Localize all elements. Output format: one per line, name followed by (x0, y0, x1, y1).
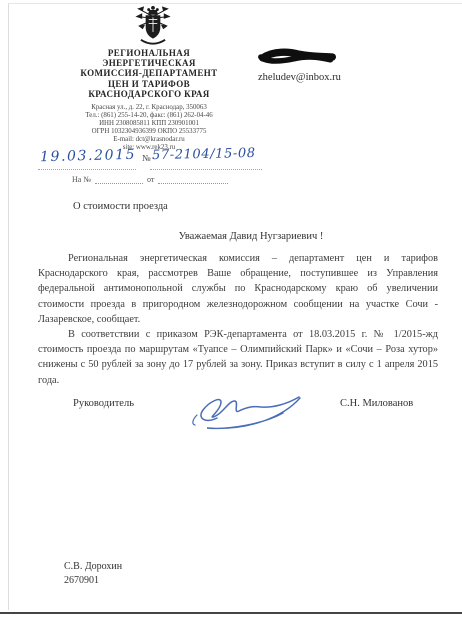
signature-icon (183, 384, 313, 441)
org-name-line: КРАСНОДАРСКОГО КРАЯ (28, 89, 270, 99)
org-name-line: РЕГИОНАЛЬНАЯ (28, 48, 270, 58)
number-sign: № (142, 153, 151, 163)
signer-name: С.Н. Милованов (340, 398, 413, 409)
address-line: ОГРН 1032304936399 ОКПО 25533775 (28, 128, 270, 136)
handwritten-number: 57-2104/15-08 (152, 146, 256, 163)
org-name-block: РЕГИОНАЛЬНАЯ ЭНЕРГЕТИЧЕСКАЯ КОМИССИЯ-ДЕП… (28, 48, 270, 99)
reply-number-blank (95, 175, 143, 184)
body-paragraph-2: В соответствии с приказом РЭК-департамен… (38, 327, 438, 388)
number-underline (150, 168, 262, 170)
page-top-edge (8, 3, 462, 4)
executor-phone: 2670901 (64, 574, 122, 588)
body-paragraph-1: Региональная энергетическая комиссия – д… (38, 251, 438, 327)
scanned-letter-page: РЕГИОНАЛЬНАЯ ЭНЕРГЕТИЧЕСКАЯ КОМИССИЯ-ДЕП… (0, 0, 462, 620)
reply-from-label: от (147, 175, 154, 184)
coat-of-arms-icon (134, 5, 172, 47)
reply-date-blank (158, 175, 228, 184)
signer-title: Руководитель (73, 398, 134, 409)
reply-reference-row: На №от (72, 175, 228, 184)
reply-to-label: На № (72, 175, 91, 184)
executor-block: С.В. Дорохин 2670901 (64, 560, 122, 587)
page-left-edge (8, 4, 9, 610)
address-line: Красная ул., д. 22, г. Краснодар, 350063 (28, 104, 270, 112)
org-name-line: ЦЕН И ТАРИФОВ (28, 79, 270, 89)
salutation: Уважаемая Давид Нугзариевич ! (40, 231, 440, 242)
recipient-email: zheludev@inbox.ru (258, 72, 341, 83)
redacted-name-mark (255, 46, 340, 73)
subject-line: О стоимости проезда (73, 201, 168, 212)
address-line: ИНН 2308085811 КПП 230901001 (28, 120, 270, 128)
address-line: Тел.: (861) 255-14-20, факс: (861) 262-0… (28, 112, 270, 120)
page-bottom-edge (0, 612, 462, 614)
handwritten-date: 19.03.2015 (40, 147, 137, 166)
date-underline (38, 168, 136, 170)
executor-name: С.В. Дорохин (64, 560, 122, 574)
address-line: E-mail: dct@krasnodar.ru (28, 136, 270, 144)
org-name-line: ЭНЕРГЕТИЧЕСКАЯ (28, 58, 270, 68)
letter-body: Региональная энергетическая комиссия – д… (38, 251, 438, 388)
org-name-line: КОМИССИЯ-ДЕПАРТАМЕНТ (28, 68, 270, 78)
org-address-block: Красная ул., д. 22, г. Краснодар, 350063… (28, 104, 270, 153)
